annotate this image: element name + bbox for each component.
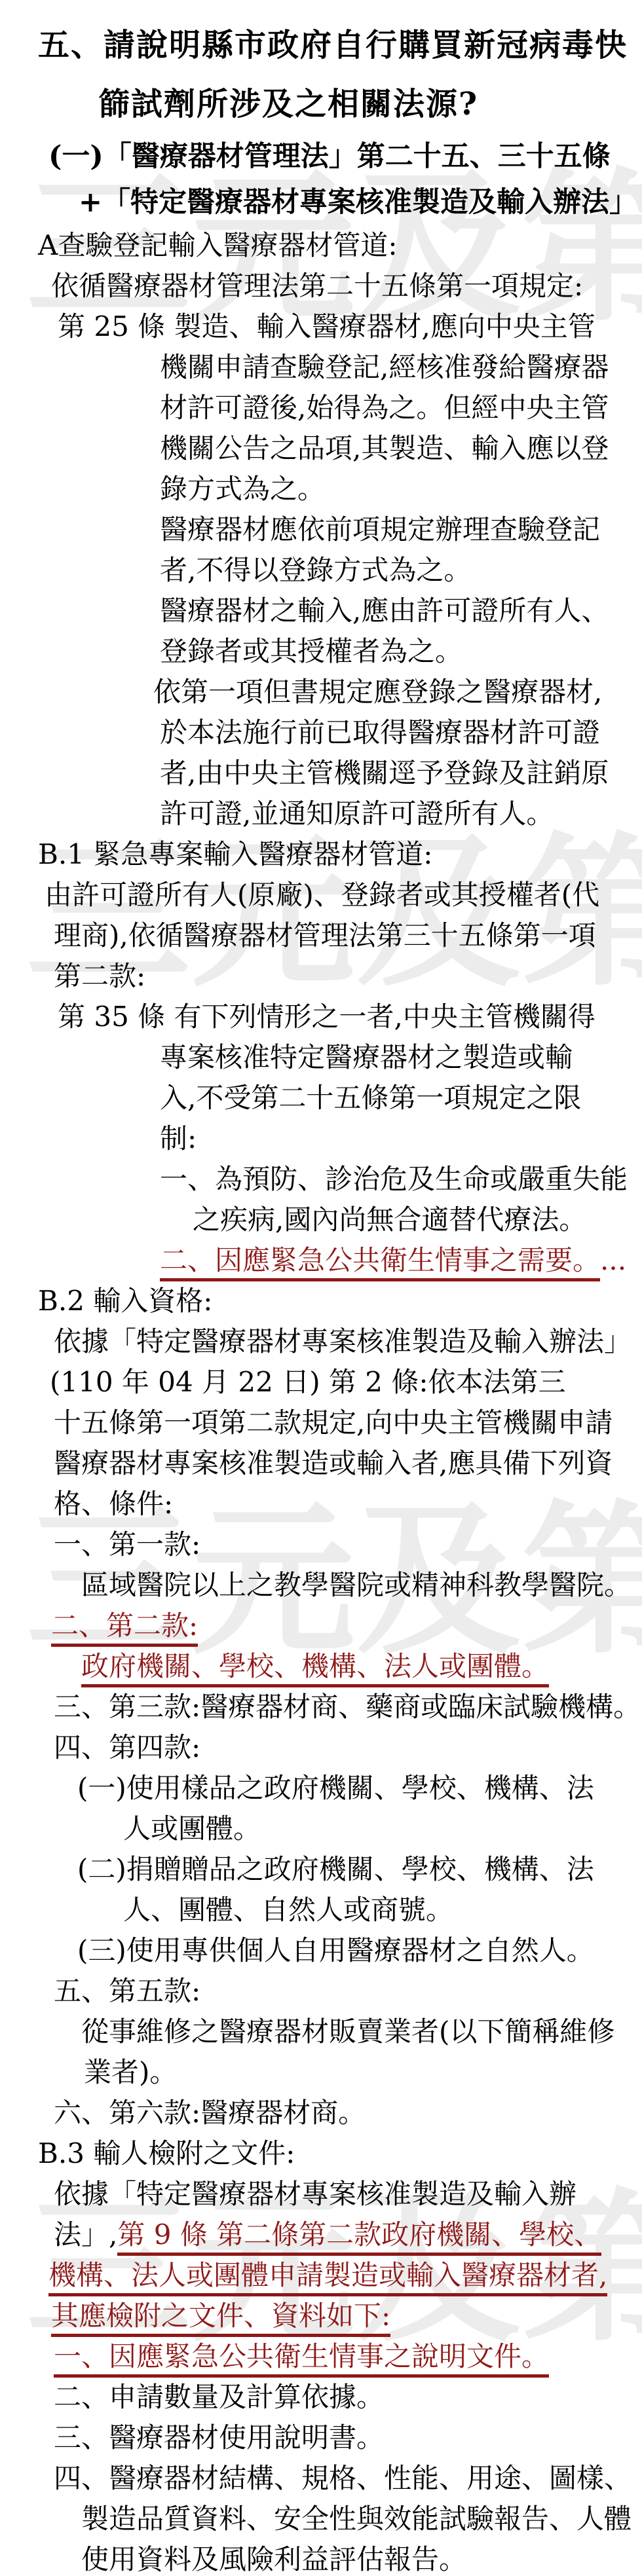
- text-line: (一)使用樣品之政府機關、學校、機構、法: [77, 1768, 642, 1809]
- text-line: 機關申請查驗登記,經核准發給醫療器: [160, 347, 642, 388]
- text-line: 一、第一款:: [54, 1524, 642, 1565]
- text-segment: 五、請說明縣市政府自行購買新冠病毒快: [38, 27, 628, 64]
- text-line: 材許可證後,始得為之。但經中央主管: [160, 388, 642, 428]
- text-line: 者,不得以登錄方式為之。: [160, 550, 642, 591]
- text-line: 四、第四款:: [54, 1727, 642, 1768]
- text-line: 區域醫院以上之教學醫院或精神科教學醫院。: [81, 1565, 642, 1606]
- text-line: 醫療器材專案核准製造或輸入者,應具備下列資: [54, 1443, 642, 1484]
- text-line: 依據「特定醫療器材專案核准製造及輸入辦法」: [54, 1321, 642, 1362]
- text-line: 錄方式為之。: [160, 469, 642, 509]
- text-segment: 三、第三款:醫療器材商、藥商或臨床試驗機構。: [54, 1691, 641, 1723]
- text-segment: B.3 輸人檢附之文件:: [38, 2137, 295, 2169]
- text-line: (二)捐贈贈品之政府機關、學校、機構、法: [77, 1849, 642, 1890]
- text-segment: 許可證,並通知原許可證所有人。: [160, 798, 554, 830]
- text-segment: 理商),依循醫療器材管理法第三十五條第一項: [54, 919, 596, 951]
- text-segment: 依據「特定醫療器材專案核准製造及輸入辦: [54, 2178, 576, 2210]
- text-segment: 五、第五款:: [54, 1975, 200, 2007]
- text-line: B.2 輸入資格:: [38, 1281, 642, 1321]
- text-line: 專案核准特定醫療器材之製造或輸: [160, 1037, 642, 1078]
- text-segment: 依循醫療器材管理法第二十五條第一項規定:: [51, 270, 583, 302]
- text-segment: 區域醫院以上之教學醫院或精神科教學醫院。: [81, 1569, 632, 1601]
- text-segment: 十五條第一項第二款規定,向中央主管機關申請: [54, 1407, 613, 1439]
- text-line: B.3 輸人檢附之文件:: [38, 2133, 642, 2174]
- highlighted-text-segment: 第 9 條 第二條第二款政府機關、學校、: [117, 2218, 601, 2256]
- highlighted-text-segment: 二、第二款:: [51, 1610, 198, 1647]
- text-segment: 登錄者或其授權者為之。: [160, 635, 463, 667]
- title-line: 五、請說明縣市政府自行購買新冠病毒快: [38, 16, 642, 75]
- text-segment: 第 35 條 有下列情形之一者,中央主管機關得: [58, 1001, 595, 1033]
- text-line: 一、因應緊急公共衛生情事之說明文件。: [54, 2336, 642, 2377]
- text-line: 業者)。: [84, 2052, 642, 2093]
- text-line: 許可證,並通知原許可證所有人。: [160, 794, 642, 834]
- text-line: 人或團體。: [123, 1809, 642, 1849]
- text-segment: 四、醫療器材結構、規格、性能、用途、圖樣、: [54, 2462, 632, 2494]
- highlighted-text-segment: ...: [600, 1244, 626, 1276]
- text-segment: 材許可證後,始得為之。但經中央主管: [160, 392, 609, 424]
- text-line: 之疾病,國內尚無合適替代療法。: [193, 1200, 642, 1240]
- document-body: 五、請說明縣市政府自行購買新冠病毒快篩試劑所涉及之相關法源?(一)「醫療器材管理…: [0, 0, 642, 2576]
- highlighted-text-segment: 政府機關、學校、機構、法人或團體。: [81, 1650, 549, 1687]
- text-line: 十五條第一項第二款規定,向中央主管機關申請: [54, 1403, 642, 1443]
- text-line: 第 25 條 製造、輸入醫療器材,應向中央主管: [58, 306, 642, 347]
- text-segment: 機關公告之品項,其製造、輸入應以登: [160, 432, 609, 464]
- text-segment: (三)使用專供個人自用醫療器材之自然人。: [77, 1934, 594, 1966]
- text-line: (一)「醫療器材管理法」第二十五、三十五條: [48, 134, 642, 179]
- text-line: 醫療器材之輸入,應由許可證所有人、: [160, 591, 642, 631]
- text-line: 醫療器材應依前項規定辦理查驗登記: [160, 509, 642, 550]
- text-line: 法」,第 9 條 第二條第二款政府機關、學校、: [54, 2215, 642, 2255]
- text-line: 由許可證所有人(原廠)、登錄者或其授權者(代: [45, 875, 642, 915]
- text-segment: A查驗登記輸入醫療器材管道:: [38, 229, 397, 261]
- text-line: 機關公告之品項,其製造、輸入應以登: [160, 428, 642, 469]
- text-line: 其應檢附之文件、資料如下:: [51, 2296, 642, 2336]
- highlighted-text-segment: 一、因應緊急公共衛生情事之說明文件。: [54, 2340, 549, 2378]
- text-line: 理商),依循醫療器材管理法第三十五條第一項: [54, 915, 642, 956]
- text-segment: 業者)。: [84, 2056, 177, 2088]
- text-segment: (110 年 04 月 22 日) 第 2 條:依本法第三: [50, 1366, 566, 1398]
- text-line: (110 年 04 月 22 日) 第 2 條:依本法第三: [50, 1362, 642, 1403]
- text-segment: 者,不得以登錄方式為之。: [160, 554, 471, 586]
- text-segment: 二、申請數量及計算依據。: [54, 2381, 384, 2413]
- text-line: 依循醫療器材管理法第二十五條第一項規定:: [51, 266, 642, 306]
- text-line: 四、醫療器材結構、規格、性能、用途、圖樣、: [54, 2458, 642, 2499]
- text-segment: 由許可證所有人(原廠)、登錄者或其授權者(代: [45, 879, 599, 911]
- text-segment: +「特定醫療器材專案核准製造及輸入辦法」: [79, 186, 637, 219]
- text-line: 六、第六款:醫療器材商。: [54, 2093, 642, 2133]
- text-segment: 醫療器材專案核准製造或輸入者,應具備下列資: [54, 1447, 613, 1479]
- text-line: 格、條件:: [54, 1484, 642, 1524]
- text-line: 使用資料及風險利益評估報告。: [81, 2539, 642, 2576]
- text-segment: (二)捐贈贈品之政府機關、學校、機構、法: [77, 1853, 594, 1885]
- text-line: 第二款:: [54, 956, 642, 997]
- text-segment: 入,不受第二十五條第一項規定之限: [160, 1082, 581, 1114]
- text-line: 入,不受第二十五條第一項規定之限: [160, 1078, 642, 1118]
- text-segment: B.1 緊急專案輸入醫療器材管道:: [38, 838, 432, 870]
- text-segment: 依據「特定醫療器材專案核准製造及輸入辦法」: [54, 1325, 632, 1357]
- text-line: 三、醫療器材使用說明書。: [54, 2418, 642, 2458]
- text-segment: 法」,: [54, 2218, 117, 2251]
- text-line: 二、因應緊急公共衛生情事之需要。...: [160, 1240, 642, 1281]
- text-segment: 人或團體。: [123, 1812, 261, 1845]
- text-segment: 機關申請查驗登記,經核准發給醫療器: [160, 351, 609, 383]
- text-segment: 醫療器材應依前項規定辦理查驗登記: [160, 513, 600, 545]
- text-segment: 之疾病,國內尚無合適替代療法。: [193, 1204, 586, 1236]
- text-line: 五、第五款:: [54, 1971, 642, 2012]
- text-segment: 錄方式為之。: [160, 473, 325, 505]
- text-segment: 專案核准特定醫療器材之製造或輸: [160, 1041, 573, 1073]
- text-line: A查驗登記輸入醫療器材管道:: [38, 225, 642, 266]
- text-line: 二、申請數量及計算依據。: [54, 2377, 642, 2418]
- text-segment: 者,由中央主管機關逕予登錄及註銷原: [160, 757, 609, 789]
- text-segment: 第二款:: [54, 960, 145, 992]
- text-segment: 三、醫療器材使用說明書。: [54, 2421, 384, 2454]
- text-line: (三)使用專供個人自用醫療器材之自然人。: [77, 1930, 642, 1971]
- text-segment: (一)使用樣品之政府機關、學校、機構、法: [77, 1772, 594, 1804]
- text-line: B.1 緊急專案輸入醫療器材管道:: [38, 834, 642, 875]
- text-line: 從事維修之醫療器材販賣業者(以下簡稱維修: [81, 2012, 642, 2052]
- text-segment: 四、第四款:: [54, 1731, 200, 1763]
- text-line: 製造品質資料、安全性與效能試驗報告、人體: [81, 2499, 642, 2539]
- text-segment: (一)「醫療器材管理法」第二十五、三十五條: [48, 140, 611, 173]
- text-line: 政府機關、學校、機構、法人或團體。: [81, 1646, 642, 1687]
- text-segment: 醫療器材之輸入,應由許可證所有人、: [160, 595, 609, 627]
- text-line: 依第一項但書規定應登錄之醫療器材,: [153, 672, 642, 712]
- text-segment: 六、第六款:醫療器材商。: [54, 2097, 366, 2129]
- text-segment: 人、團體、自然人或商號。: [123, 1894, 453, 1926]
- text-line: 制:: [160, 1118, 642, 1159]
- text-line: 人、團體、自然人或商號。: [123, 1890, 642, 1930]
- text-line: 登錄者或其授權者為之。: [160, 631, 642, 672]
- text-segment: B.2 輸入資格:: [38, 1285, 212, 1317]
- text-line: 於本法施行前已取得醫療器材許可證: [160, 712, 642, 753]
- text-segment: 於本法施行前已取得醫療器材許可證: [160, 716, 600, 748]
- text-segment: 一、為預防、診治危及生命或嚴重失能: [160, 1163, 628, 1195]
- text-segment: 使用資料及風險利益評估報告。: [81, 2543, 466, 2575]
- highlighted-text-segment: 二、因應緊急公共衛生情事之需要。: [160, 1244, 600, 1281]
- text-segment: 從事維修之醫療器材販賣業者(以下簡稱維修: [81, 2015, 614, 2048]
- text-line: 機構、法人或團體申請製造或輸入醫療器材者,: [48, 2255, 642, 2296]
- text-line: +「特定醫療器材專案核准製造及輸入辦法」: [79, 179, 642, 225]
- text-line: 三、第三款:醫療器材商、藥商或臨床試驗機構。: [54, 1687, 642, 1727]
- text-line: 第 35 條 有下列情形之一者,中央主管機關得: [58, 997, 642, 1037]
- title-line: 篩試劑所涉及之相關法源?: [98, 75, 642, 134]
- text-segment: 篩試劑所涉及之相關法源?: [98, 86, 478, 122]
- text-line: 者,由中央主管機關逕予登錄及註銷原: [160, 753, 642, 794]
- text-segment: 依第一項但書規定應登錄之醫療器材,: [153, 676, 602, 708]
- highlighted-text-segment: 其應檢附之文件、資料如下:: [51, 2300, 390, 2337]
- text-line: 二、第二款:: [51, 1606, 642, 1646]
- text-segment: 格、條件:: [54, 1488, 173, 1520]
- text-segment: 製造品質資料、安全性與效能試驗報告、人體: [81, 2503, 632, 2535]
- text-line: 依據「特定醫療器材專案核准製造及輸入辦: [54, 2174, 642, 2215]
- text-segment: 制:: [160, 1122, 197, 1154]
- highlighted-text-segment: 機構、法人或團體申請製造或輸入醫療器材者,: [48, 2259, 607, 2296]
- document-page: { "page": { "background": "#ffffff", "te…: [0, 0, 642, 2576]
- text-segment: 第 25 條 製造、輸入醫療器材,應向中央主管: [58, 310, 595, 342]
- text-line: 一、為預防、診治危及生命或嚴重失能: [160, 1159, 642, 1200]
- text-segment: 一、第一款:: [54, 1528, 200, 1560]
